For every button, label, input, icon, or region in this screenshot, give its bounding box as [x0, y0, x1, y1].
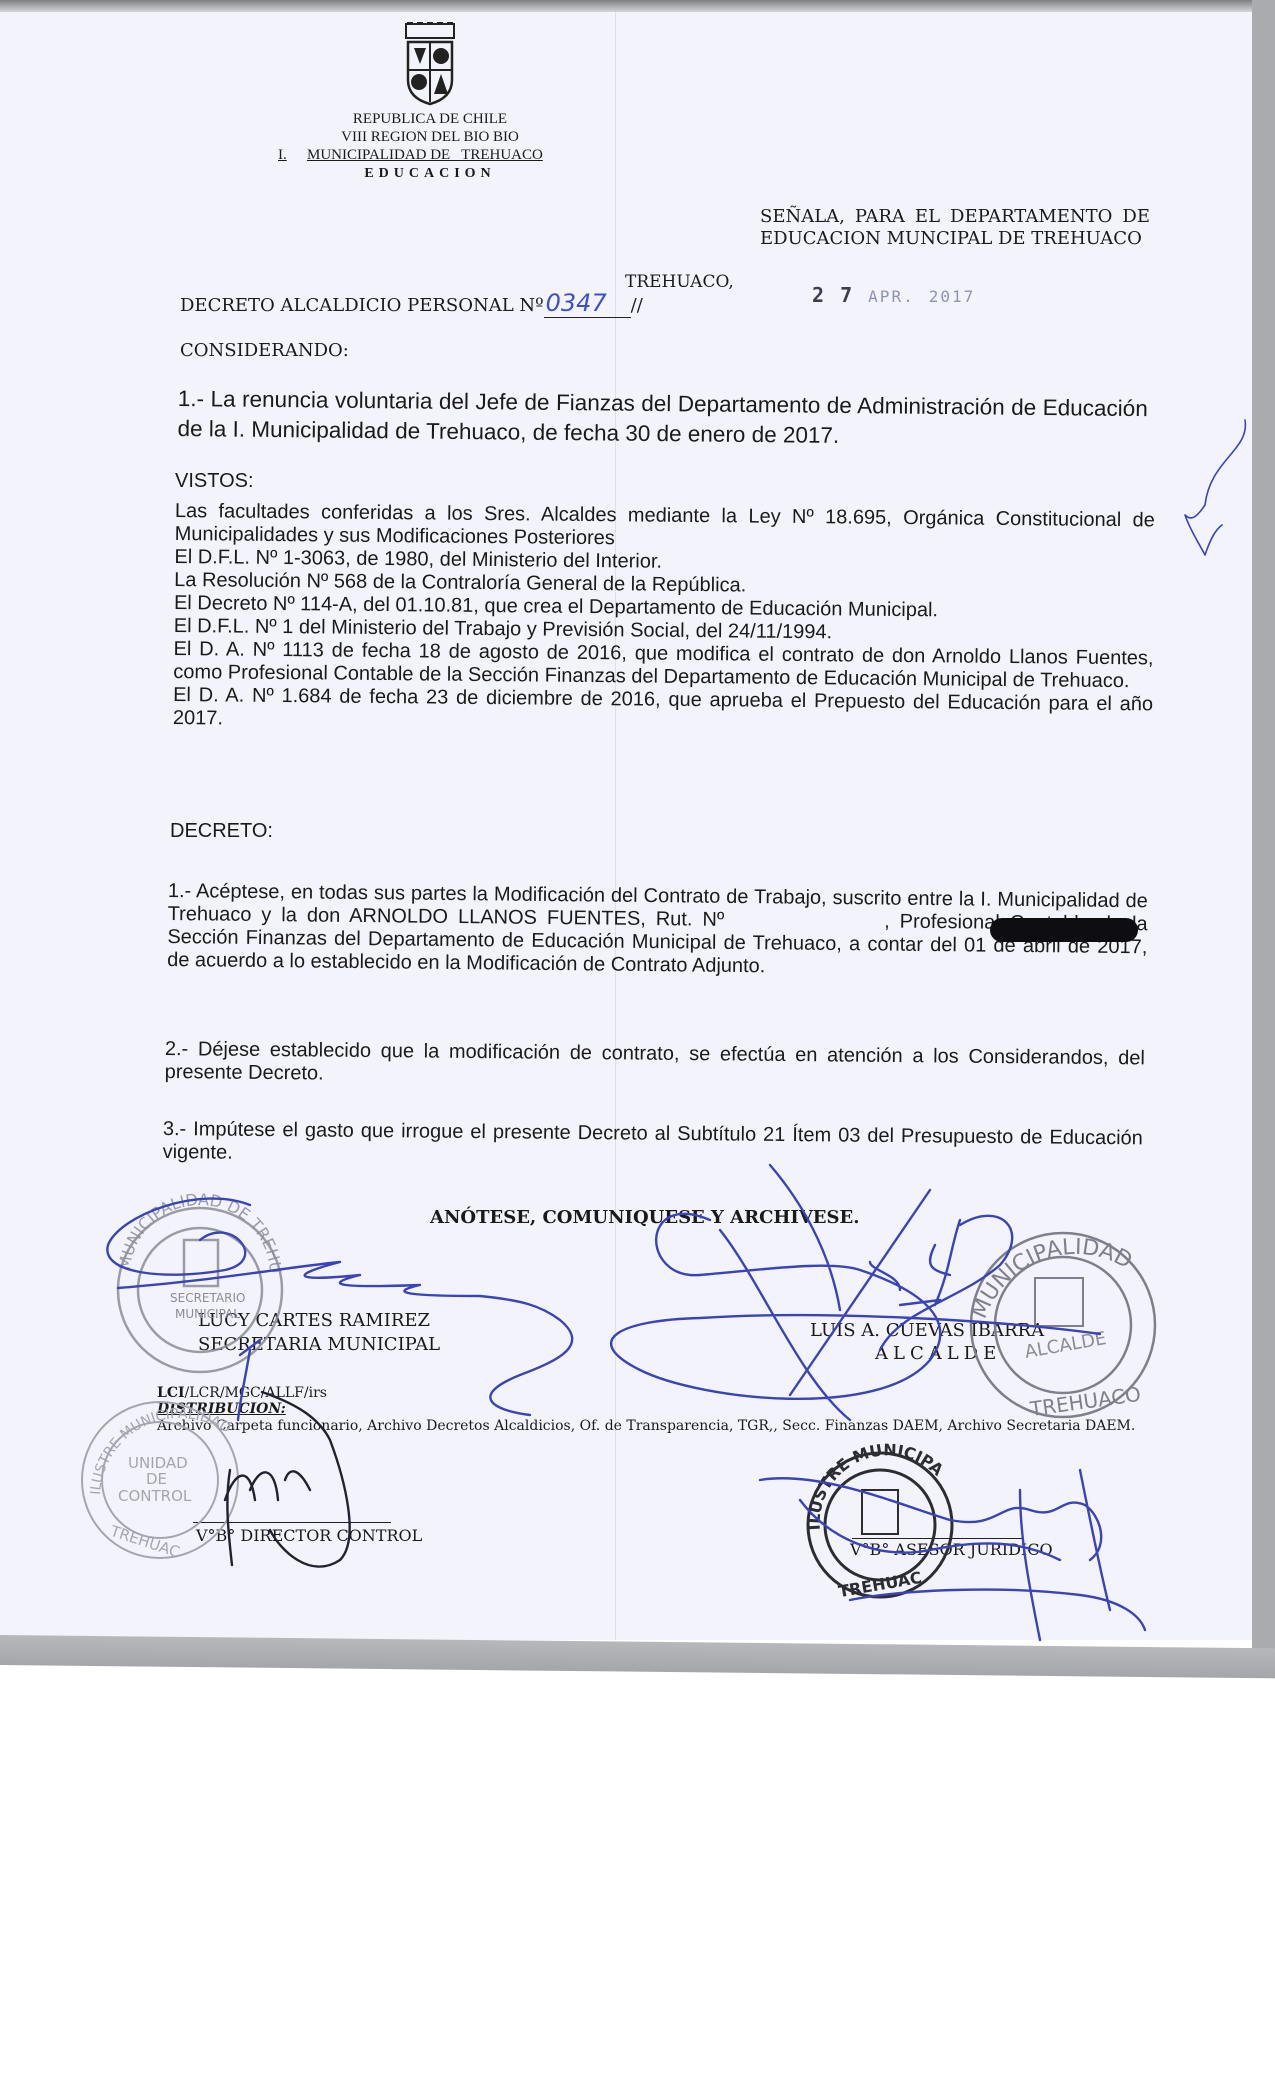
date-stamp: 2 7 APR. 2017 — [812, 283, 975, 307]
header-department: EDUCACION — [260, 165, 600, 183]
scan-edge-bottom — [0, 1635, 1275, 1678]
header-municipality: MUNICIPALIDAD DE TREHUACO — [307, 147, 543, 164]
distribucion-heading-text: DISTRIBUCION: — [157, 1401, 286, 1417]
vb-asesor-juridico: V°B° ASESOR JURIDICO — [850, 1540, 1053, 1559]
control-signature-line — [193, 1522, 391, 1523]
date-stamp-year: 2017 — [929, 287, 976, 306]
decreto-heading: DECRETO: — [170, 820, 273, 843]
scan-edge-top — [0, 0, 1275, 12]
header-prefix: I. — [278, 147, 287, 164]
closing-formula: ANÓTESE, COMUNIQUESE Y ARCHIVESE. — [430, 1207, 860, 1228]
vb-director-control: V°B° DIRECTOR CONTROL — [196, 1526, 422, 1545]
scan-edge-right — [1252, 0, 1275, 1665]
distribucion-list: Archivo Carpeta funcionario, Archivo Dec… — [157, 1418, 1135, 1434]
juridico-signature-line — [852, 1538, 1022, 1539]
initials-rest: /LCR/MGC/ALLF/irs — [185, 1385, 327, 1401]
decree-number-line: DECRETO ALCALDICIO PERSONAL Nº0347// — [180, 289, 643, 318]
decreto-item-3: 3.- Impútese el gasto que irrogue el pre… — [163, 1118, 1143, 1173]
alcalde-name: LUIS A. CUEVAS IBARRA — [810, 1320, 1044, 1342]
header-prefix-text: I. — [278, 147, 287, 163]
decree-number-handwritten: 0347 — [544, 289, 631, 318]
senala-line-2: EDUCACION MUNCIPAL DE TREHUACO — [760, 228, 1150, 250]
distribucion-heading: DISTRIBUCION: — [157, 1401, 286, 1417]
rut-redacted-space — [734, 926, 884, 928]
secretaria-title: SECRETARIA MUNICIPAL — [198, 1334, 440, 1356]
considerando-heading: CONSIDERANDO: — [180, 340, 349, 361]
vistos-item-7: El D. A. Nº 1.684 de fecha 23 de diciemb… — [173, 684, 1153, 739]
considerando-item-1: 1.- La renuncia voluntaria del Jefe de F… — [177, 384, 1148, 454]
rut-redaction-mark — [990, 918, 1138, 942]
date-stamp-month: APR. — [868, 287, 915, 306]
decree-label: DECRETO ALCALDICIO PERSONAL Nº — [180, 295, 544, 316]
senala-block: SEÑALA, PARA EL DEPARTAMENTO DE EDUCACIO… — [760, 206, 1150, 250]
header-republic: REPUBLICA DE CHILE — [260, 110, 600, 128]
decree-suffix: // — [631, 295, 643, 316]
header-municipality-text: MUNICIPALIDAD DE TREHUACO — [307, 147, 543, 163]
vistos-heading: VISTOS: — [175, 470, 254, 493]
vistos-list: Las facultades conferidas a los Sres. Al… — [173, 500, 1155, 739]
decree-place: TREHUACO, — [625, 272, 734, 292]
initials-reference: LCI/LCR/MGC/ALLF/irs — [157, 1385, 327, 1401]
header-region: VIII REGION DEL BIO BIO — [260, 128, 600, 146]
municipal-coat-of-arms-icon — [400, 22, 460, 107]
date-stamp-day: 2 7 — [812, 283, 854, 307]
alcalde-title: ALCALDE — [875, 1343, 1001, 1365]
senala-line-1: SEÑALA, PARA EL DEPARTAMENTO DE — [760, 206, 1150, 228]
paper-fold-line — [615, 10, 616, 1640]
initials-bold: LCI — [157, 1385, 185, 1401]
secretaria-name: LUCY CARTES RAMIREZ — [198, 1310, 430, 1332]
decreto-item-2: 2.- Déjese establecido que la modificaci… — [165, 1038, 1145, 1093]
